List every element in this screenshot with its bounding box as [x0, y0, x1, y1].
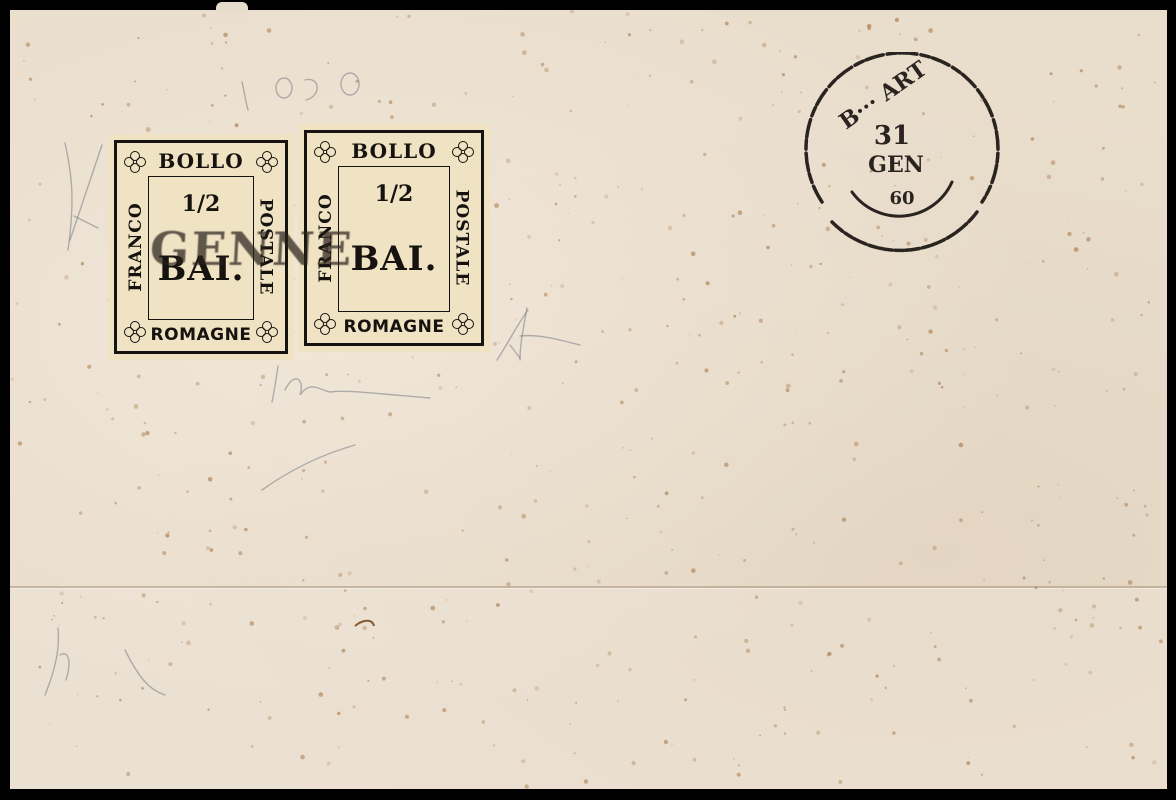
stamp-left-text: FRANCO	[126, 202, 146, 291]
lower-flap	[10, 588, 1167, 789]
postmark-day: 31	[874, 121, 910, 151]
stamp-bottom-text: ROMAGNE	[108, 325, 294, 345]
postmark-month: GEN	[868, 152, 924, 178]
stamp-bottom-text: ROMAGNE	[298, 317, 490, 337]
stamp-top-text: BOLLO	[108, 149, 294, 173]
stamp-fraction: 1/2	[149, 191, 253, 217]
fold-line	[10, 586, 1167, 588]
date-postmark: B··· ART 31 GEN 60	[792, 52, 1002, 258]
stamp-denomination: BAI.	[339, 239, 449, 279]
straight-line-cancel: GENNE	[149, 222, 355, 276]
stamp-fraction: 1/2	[339, 181, 449, 207]
stamp-top-text: BOLLO	[298, 139, 490, 163]
stamp-value-panel: 1/2 BAI.	[338, 166, 450, 312]
paper-tab	[216, 2, 248, 12]
postmark-year: 60	[889, 188, 914, 209]
stamp-right-text: POSTALE	[452, 190, 472, 287]
